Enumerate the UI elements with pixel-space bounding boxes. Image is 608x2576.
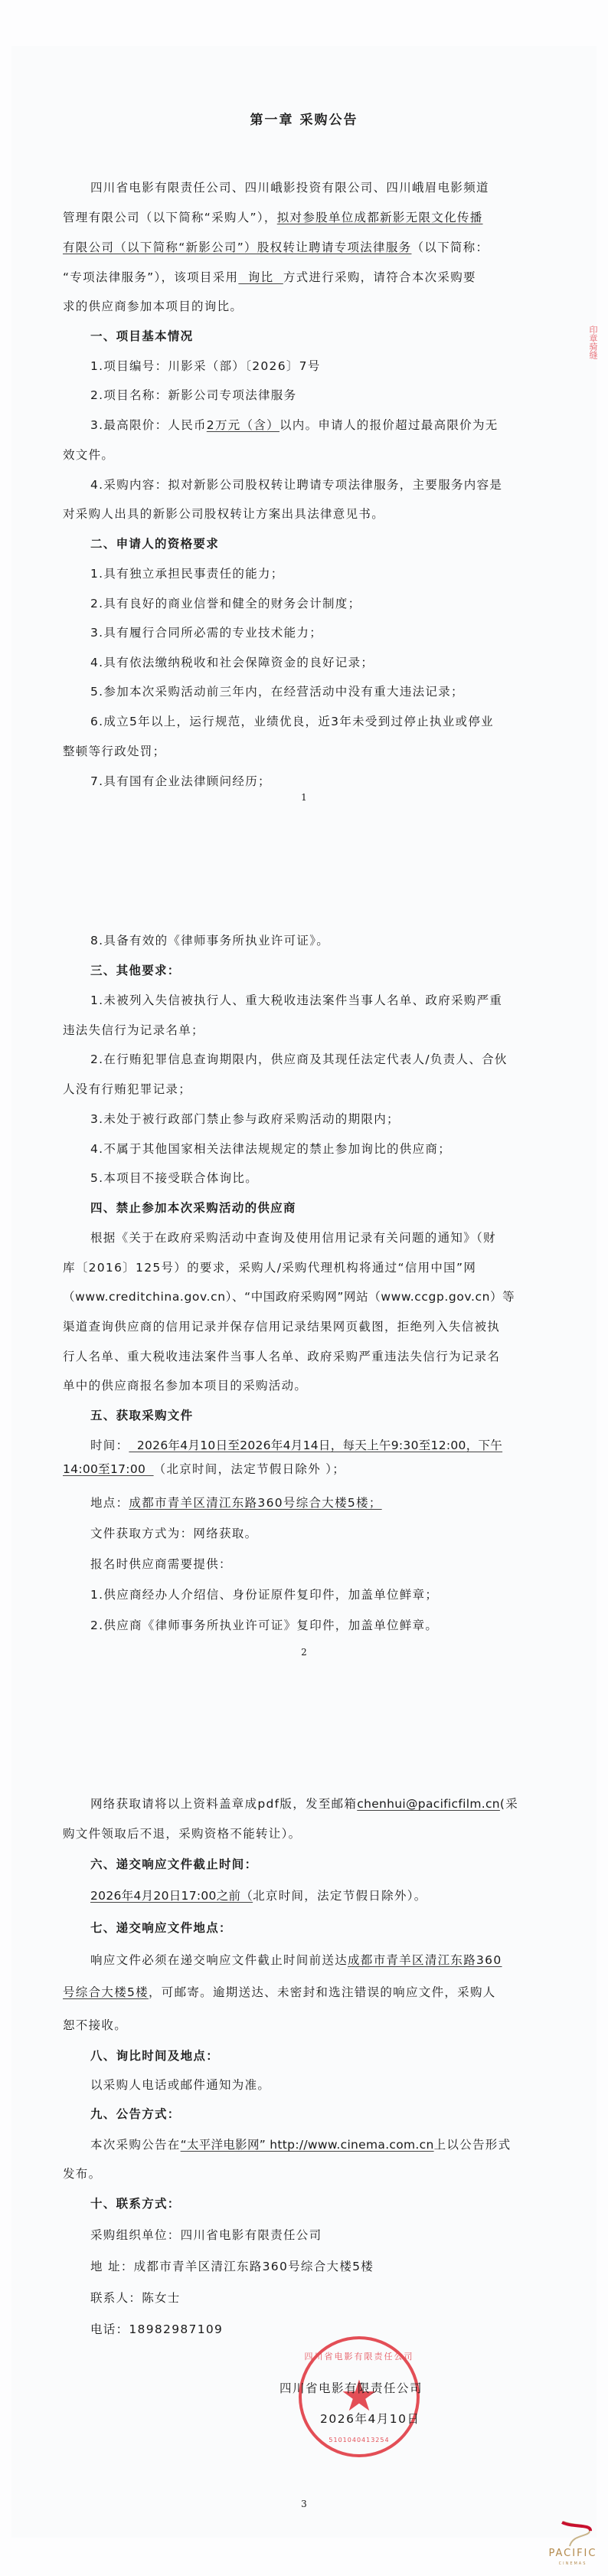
other-requirement-cont: 人没有行贿犯罪记录； (63, 1082, 533, 1097)
email-text: (采 (500, 1797, 518, 1811)
section-4-line: （www.creditchina.gov.cn）、“中国政府采购网”网站（www… (63, 1289, 533, 1304)
requirement-item: 1.具有独立承担民事责任的能力； (90, 566, 533, 581)
intro-text: 方式进行采购，请符合本次采购要 (283, 270, 476, 284)
submit-text: ，可邮寄。逾期送达、未密封和选注错误的响应文件，采购人 (149, 1985, 496, 1999)
announce-text: 上以公告形式 (434, 2138, 512, 2152)
provide-item: 1.供应商经办人介绍信、身份证原件复印件，加盖单位鲜章； (90, 1587, 533, 1602)
requirement-item: 5.参加本次采购活动前三年内，在经营活动中没有重大违法记录； (90, 684, 533, 699)
seal-code: 5101040413254 (302, 2437, 417, 2443)
section-4-line: 单中的供应商报名参加本项目的采购活动。 (63, 1378, 533, 1393)
section-4-heading: 四、禁止参加本次采购活动的供应商 (90, 1200, 533, 1216)
website-link[interactable]: “太平洋电影网” http://www.cinema.com.cn (181, 2138, 434, 2152)
submit-place-value: 号综合大楼5楼 (63, 1985, 149, 1999)
announce-text: 本次采购公告在 (90, 2138, 181, 2152)
page-number: 2 (0, 1647, 608, 1658)
other-requirement: 4.不属于其他国家相关法律法规规定的禁止参加询比的供应商； (90, 1141, 533, 1157)
other-requirement: 2.在行贿犯罪信息查询期限内，供应商及其现任法定代表人/负责人、合伙 (90, 1052, 533, 1067)
intro-line-1: 四川省电影有限责任公司、四川峨影投资有限公司、四川峨眉电影频道 (90, 180, 533, 195)
intro-text: 管理有限公司（以下简称“采购人”）， (63, 211, 277, 224)
intro-line-4: “专项法律服务”），该项目采用 询比 方式进行采购，请符合本次采购要 (63, 270, 533, 285)
section-4-line: 行人名单、重大税收违法案件当事人名单、政府采购严重违法失信行为记录名 (63, 1349, 533, 1364)
submit-place-value: 成都市青羊区清江东路360 (348, 1953, 502, 1967)
company-seal: 四川省电影有限责任公司 ★ 5101040413254 (299, 2336, 420, 2457)
deadline: 2026年4月20日17:00之前（北京时间，法定节假日除外）。 (90, 1888, 533, 1903)
intro-line-2: 管理有限公司（以下简称“采购人”），拟对参股单位成都新影无限文化传播 (63, 210, 533, 225)
announce-method: 本次采购公告在“太平洋电影网” http://www.cinema.com.cn… (90, 2137, 533, 2152)
purchase-content-cont: 对采购人出具的新影公司股权转让方案出具法律意见书。 (63, 506, 533, 522)
section-4-line: 渠道查询供应商的信用记录并保存信用记录结果网页截图，拒绝列入失信被执 (63, 1319, 533, 1334)
section-9-heading: 九、公告方式： (90, 2106, 533, 2122)
intro-text: （以下简称： (411, 241, 489, 254)
requirement-item: 6.成立5年以上，运行规范，业绩优良，近3年未受到过停止执业或停业 (90, 714, 533, 729)
section-7-heading: 七、递交响应文件地点： (90, 1920, 533, 1936)
deadline-note: 北京时间，法定节假日除外）。 (253, 1889, 427, 1903)
submit-place-cont: 号综合大楼5楼，可邮寄。逾期送达、未密封和选注错误的响应文件，采购人 (63, 1985, 533, 2000)
acquire-place-label: 地点： (90, 1496, 129, 1510)
requirement-item: 4.具有依法缴纳税收和社会保障资金的良好记录； (90, 655, 533, 670)
requirement-item: 8.具备有效的《律师事务所执业许可证》。 (90, 933, 533, 948)
max-price-text: 以内。申请人的报价超过最高限价为无 (279, 418, 498, 432)
max-price-amount: 2万元（含） (207, 418, 279, 432)
contact-person: 联系人：陈女士 (90, 2290, 533, 2306)
section-10-heading: 十、联系方式： (90, 2196, 533, 2211)
inquiry-notice: 以采购人电话或邮件通知为准。 (90, 2077, 533, 2093)
contact-phone: 电话：18982987109 (90, 2322, 533, 2337)
max-price: 3.最高限价：人民币2万元（含）以内。申请人的报价超过最高限价为无 (90, 417, 533, 433)
email-line: 网络获取请将以上资料盖章成pdf版，发至邮箱chenhui@pacificfil… (90, 1796, 533, 1812)
section-8-heading: 八、询比时间及地点： (90, 2048, 533, 2064)
submit-place-cont: 恕不接收。 (63, 2018, 533, 2033)
acquire-time-value: 14:00至17:00 (63, 1462, 154, 1476)
signature-company: 四川省电影有限责任公司 (279, 2379, 423, 2396)
acquire-time-label: 时间： (90, 1439, 129, 1452)
submit-text: 响应文件必须在递交响应文件截止时间前送达 (90, 1953, 348, 1967)
project-name: 2.项目名称：新影公司专项法律服务 (90, 388, 533, 403)
email-text: 网络获取请将以上资料盖章成pdf版，发至邮箱 (90, 1797, 357, 1811)
other-requirement: 5.本项目不接受联合体询比。 (90, 1170, 533, 1186)
procurement-method: 询比 (238, 270, 283, 284)
signature-date: 2026年4月10日 (320, 2410, 420, 2427)
requirement-item: 7.具有国有企业法律顾问经历； (90, 774, 533, 789)
provide-item: 2.供应商《律师事务所执业许可证》复印件，加盖单位鲜章。 (90, 1618, 533, 1633)
logo-sub: CINEMAS (542, 2561, 603, 2566)
provide-heading: 报名时供应商需要提供： (90, 1556, 533, 1572)
seal-ring-text: 四川省电影有限责任公司 (302, 2350, 417, 2362)
acquire-time-cont: 14:00至17:00 （北京时间，法定节假日除外 ）； (63, 1461, 533, 1477)
other-requirement: 3.未处于被行政部门禁止参与政府采购活动的期限内； (90, 1111, 533, 1127)
section-4-line: 库〔2016〕125号）的要求，采购人/采购代理机构将通过“信用中国”网 (63, 1260, 533, 1275)
section-5-heading: 五、获取采购文件 (90, 1408, 533, 1423)
acquire-place: 地点：成都市青羊区清江东路360号综合大楼5楼； (90, 1495, 533, 1511)
requirement-item-cont: 整顿等行政处罚； (63, 744, 533, 759)
acquire-time: 时间： 2026年4月10日至2026年4月14日，每天上午9:30至12:00… (90, 1438, 533, 1453)
other-requirement-cont: 违法失信行为记录名单； (63, 1023, 533, 1038)
project-number: 1.项目编号：川影采（部）〔2026〕7号 (90, 358, 533, 374)
section-3-heading: 三、其他要求： (90, 963, 533, 978)
logo-word: PACIFIC (542, 2548, 603, 2559)
email-link[interactable]: chenhui@pacificfilm.cn (357, 1797, 500, 1811)
deadline-value: 2026年4月20日17:00之前（ (90, 1889, 253, 1903)
announce-method-cont: 发布。 (63, 2166, 533, 2182)
requirement-item: 2.具有良好的商业信誉和健全的财务会计制度； (90, 596, 533, 611)
section-4-line: 根据《关于在政府采购活动中查询及使用信用记录有关问题的通知》（财 (90, 1230, 533, 1245)
chapter-title: 第一章 采购公告 (0, 109, 608, 128)
page-number: 1 (0, 792, 608, 803)
contact-org: 采购组织单位：四川省电影有限责任公司 (90, 2227, 533, 2243)
requirement-item: 3.具有履行合同所必需的专业技术能力； (90, 625, 533, 640)
intro-line-3: 有限公司（以下简称“新影公司”）股权转让聘请专项法律服务（以下简称： (63, 240, 533, 255)
intro-text: “专项法律服务”），该项目采用 (63, 270, 238, 284)
section-6-heading: 六、递交响应文件截止时间： (90, 1857, 533, 1872)
other-requirement: 1.未被列入失信被执行人、重大税收违法案件当事人名单、政府采购严重 (90, 993, 533, 1008)
section-1-heading: 一、项目基本情况 (90, 329, 533, 344)
acquire-time-note: （北京时间，法定节假日除外 ）； (154, 1462, 345, 1476)
acquire-place-value: 成都市青羊区清江东路360号综合大楼5楼； (129, 1496, 381, 1510)
pacific-cinemas-logo: PACIFIC CINEMAS (542, 2520, 603, 2574)
contact-address: 地 址：成都市青羊区清江东路360号综合大楼5楼 (90, 2259, 533, 2274)
intro-underlined: 拟对参股单位成都新影无限文化传播 (277, 211, 483, 224)
email-line-cont: 购文件领取后不退，采购资格不能转让）。 (63, 1826, 533, 1841)
submit-place: 响应文件必须在递交响应文件截止时间前送达成都市青羊区清江东路360 (90, 1952, 533, 1968)
section-2-heading: 二、申请人的资格要求 (90, 536, 533, 552)
acquire-time-value: 2026年4月10日至2026年4月14日，每天上午9:30至12:00，下午 (129, 1439, 502, 1452)
intro-line-5: 求的供应商参加本项目的询比。 (63, 299, 533, 314)
logo-swoosh-icon (542, 2520, 603, 2548)
max-price-label: 3.最高限价：人民币 (90, 418, 207, 432)
acquire-method: 文件获取方式为：网络获取。 (90, 1526, 533, 1541)
max-price-cont: 效文件。 (63, 447, 533, 463)
page-number: 3 (0, 2499, 608, 2509)
purchase-content: 4.采购内容：拟对新影公司股权转让聘请专项法律服务，主要服务内容是 (90, 477, 533, 493)
intro-underlined: 有限公司（以下简称“新影公司”）股权转让聘请专项法律服务 (63, 241, 411, 254)
seal-edge-mark: 印章骑缝 (590, 326, 600, 359)
